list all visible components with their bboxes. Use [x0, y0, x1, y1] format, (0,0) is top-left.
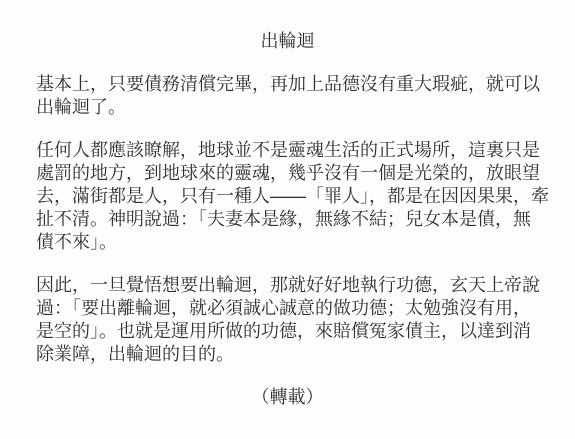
page-title: 出輪迴	[0, 30, 575, 53]
paragraph-intro: 基本上，只要債務清償完畢，再加上品德沒有重大瑕疵，就可以 出輪迴了。	[36, 73, 555, 119]
paragraph-explanation: 任何人都應該瞭解，地球並不是靈魂生活的正式場所，這裏只是 處罰的地方，到地球來的…	[36, 139, 555, 254]
document-page: 出輪迴 基本上，只要債務清償完畢，再加上品德沒有重大瑕疵，就可以 出輪迴了。 任…	[0, 0, 575, 409]
paragraph-conclusion: 因此，一旦覺悟想要出輪迴，那就好好地執行功德，玄天上帝說 過：「要出離輪迴，就必…	[36, 274, 555, 366]
reprint-note: （轉載）	[0, 386, 575, 409]
